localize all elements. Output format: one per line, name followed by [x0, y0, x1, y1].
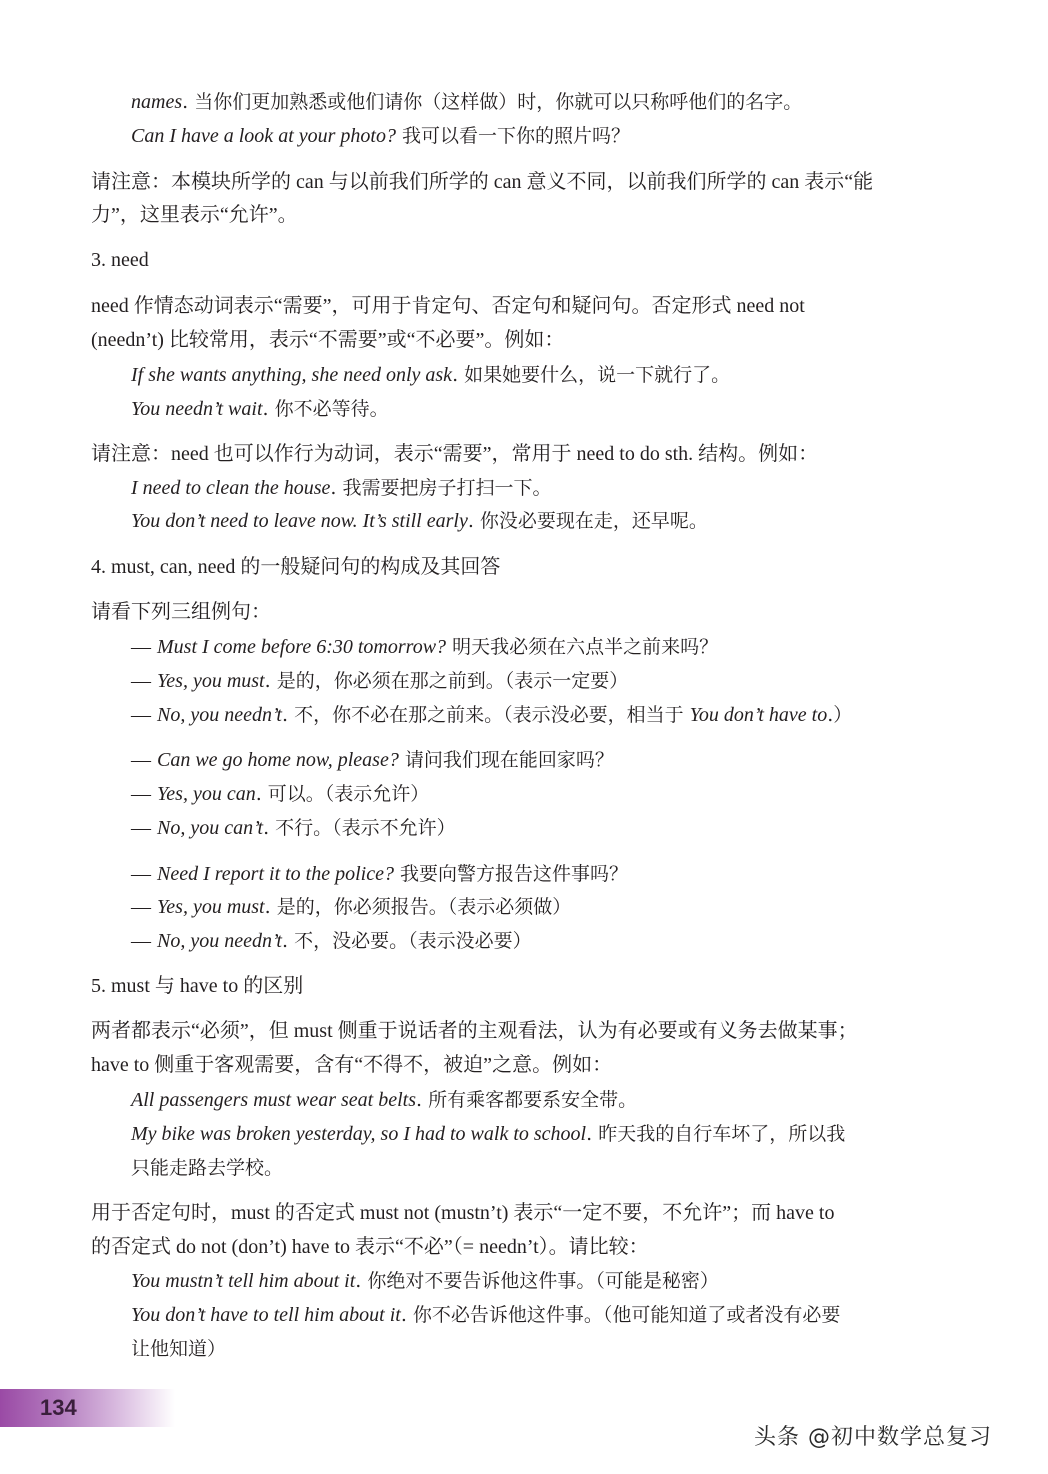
- dash: —: [131, 814, 157, 842]
- dialog-english: No, you needn’t: [157, 704, 282, 726]
- paragraph: 请看下列三组例句：: [91, 598, 271, 626]
- example-line: My bike was broken yesterday, so I had t…: [131, 1120, 845, 1148]
- example-chinese: . 所有乘客都要系安全带。: [416, 1089, 637, 1111]
- example-line: You don’t need to leave now. It’s still …: [131, 507, 708, 535]
- paragraph: need 作情态动词表示“需要”，可用于肯定句、否定句和疑问句。否定形式 nee…: [91, 292, 805, 320]
- example-line: I need to clean the house. 我需要把房子打扫一下。: [131, 474, 551, 502]
- dialog-line: —Yes, you must. 是的，你必须在那之前到。（表示一定要）: [131, 667, 628, 695]
- dash: —: [131, 860, 157, 888]
- page-number-bar: [0, 1389, 175, 1427]
- section-heading-questions: 4. must, can, need 的一般疑问句的构成及其回答: [91, 553, 500, 581]
- dialog-tail: .）: [827, 704, 852, 726]
- note-paragraph: 请注意：need 也可以作行为动词，表示“需要”，常用于 need to do …: [91, 440, 818, 468]
- dialog-english: No, you needn’t: [157, 930, 282, 952]
- dialog-english: Must I come before 6:30 tomorrow?: [157, 636, 446, 658]
- example-chinese: 让他知道）: [131, 1338, 226, 1360]
- dash: —: [131, 746, 157, 774]
- dialog-line: —Can we go home now, please? 请问我们现在能回家吗？: [131, 746, 614, 774]
- dialog-english: Can we go home now, please?: [157, 749, 399, 771]
- dialog-chinese: 请问我们现在能回家吗？: [399, 749, 614, 771]
- note-paragraph: 请注意：本模块所学的 can 与以前我们所学的 can 意义不同，以前我们所学的…: [91, 168, 873, 196]
- dash: —: [131, 667, 157, 695]
- example-line: You needn’t wait. 你不必等待。: [131, 395, 389, 423]
- page-number: 134: [40, 1391, 77, 1425]
- dialog-english-inline: You don’t have to: [690, 704, 828, 726]
- dialog-line: —Must I come before 6:30 tomorrow? 明天我必须…: [131, 633, 718, 661]
- example-english: names: [131, 91, 182, 113]
- dash: —: [131, 780, 157, 808]
- example-english: My bike was broken yesterday, so I had t…: [131, 1123, 586, 1145]
- example-english: Can I have a look at your photo?: [131, 125, 396, 147]
- dialog-chinese: 明天我必须在六点半之前来吗？: [446, 636, 718, 658]
- example-line-continuation: 只能走路去学校。: [131, 1154, 283, 1182]
- example-line: You don’t have to tell him about it. 你不必…: [131, 1301, 840, 1329]
- dialog-chinese: . 不，没必要。（表示没必要）: [282, 930, 532, 952]
- paragraph: have to 侧重于客观需要，含有“不得不，被迫”之意。例如：: [91, 1051, 612, 1079]
- example-chinese: 只能走路去学校。: [131, 1157, 283, 1179]
- paragraph: 的否定式 do not (don’t) have to 表示“不必”（= nee…: [91, 1233, 649, 1261]
- example-line: You mustn’t tell him about it. 你绝对不要告诉他这…: [131, 1267, 719, 1295]
- note-paragraph: 力”，这里表示“允许”。: [91, 201, 298, 229]
- dialog-english: Need I report it to the police?: [157, 863, 394, 885]
- dialog-chinese: . 是的，你必须在那之前到。（表示一定要）: [265, 670, 629, 692]
- dialog-english: Yes, you must: [157, 896, 265, 918]
- dash: —: [131, 633, 157, 661]
- paragraph: 用于否定句时，must 的否定式 must not (mustn’t) 表示“一…: [91, 1199, 835, 1227]
- dialog-chinese: . 不，你不必在那之前来。（表示没必要，相当于: [282, 704, 690, 726]
- example-english: You don’t need to leave now. It’s still …: [131, 510, 468, 532]
- example-line: names. 当你们更加熟悉或他们请你（这样做）时，你就可以只称呼他们的名字。: [131, 88, 802, 116]
- example-chinese: . 你没必要现在走，还早呢。: [468, 510, 708, 532]
- watermark: 头条 @初中数学总复习: [754, 1422, 992, 1454]
- dialog-line: —Yes, you can. 可以。（表示允许）: [131, 780, 429, 808]
- dialog-chinese: . 可以。（表示允许）: [256, 783, 430, 805]
- example-chinese: . 如果她要什么，说一下就行了。: [452, 364, 730, 386]
- section-heading-must-have-to: 5. must 与 have to 的区别: [91, 972, 303, 1000]
- dash: —: [131, 927, 157, 955]
- dialog-line: —No, you can’t. 不行。（表示不允许）: [131, 814, 456, 842]
- example-chinese: . 你不必告诉他这件事。（他可能知道了或者没有必要: [401, 1304, 841, 1326]
- section-heading-need: 3. need: [91, 246, 149, 274]
- example-chinese: . 你绝对不要告诉他这件事。（可能是秘密）: [355, 1270, 719, 1292]
- example-chinese: . 昨天我的自行车坏了，所以我: [586, 1123, 845, 1145]
- dialog-english: Yes, you can: [157, 783, 256, 805]
- dialog-english: No, you can’t: [157, 817, 263, 839]
- dialog-chinese: . 是的，你必须报告。（表示必须做）: [265, 896, 572, 918]
- paragraph: (needn’t) 比较常用，表示“不需要”或“不必要”。例如：: [91, 326, 564, 354]
- example-chinese: . 你不必等待。: [263, 398, 389, 420]
- example-english: You don’t have to tell him about it: [131, 1304, 401, 1326]
- dash: —: [131, 893, 157, 921]
- example-english: You needn’t wait: [131, 398, 263, 420]
- paragraph: 两者都表示“必须”，但 must 侧重于说话者的主观看法，认为有必要或有义务去做…: [91, 1017, 858, 1045]
- dialog-chinese: . 不行。（表示不允许）: [263, 817, 456, 839]
- dialog-line: —Yes, you must. 是的，你必须报告。（表示必须做）: [131, 893, 571, 921]
- dialog-line: —No, you needn’t. 不，没必要。（表示没必要）: [131, 927, 532, 955]
- dash: —: [131, 701, 157, 729]
- example-chinese: . 当你们更加熟悉或他们请你（这样做）时，你就可以只称呼他们的名字。: [182, 91, 802, 113]
- dialog-line: —Need I report it to the police? 我要向警方报告…: [131, 860, 628, 888]
- example-line-continuation: 让他知道）: [131, 1335, 226, 1363]
- dialog-english: Yes, you must: [157, 670, 265, 692]
- example-chinese: . 我需要把房子打扫一下。: [330, 477, 551, 499]
- example-english: I need to clean the house: [131, 477, 330, 499]
- example-english: You mustn’t tell him about it: [131, 1270, 355, 1292]
- dialog-line: —No, you needn’t. 不，你不必在那之前来。（表示没必要，相当于 …: [131, 701, 852, 729]
- example-line: All passengers must wear seat belts. 所有乘…: [131, 1086, 637, 1114]
- example-line: Can I have a look at your photo? 我可以看一下你…: [131, 122, 630, 150]
- example-chinese: 我可以看一下你的照片吗？: [396, 125, 630, 147]
- dialog-chinese: 我要向警方报告这件事吗？: [394, 863, 628, 885]
- example-english: All passengers must wear seat belts: [131, 1089, 416, 1111]
- example-english: If she wants anything, she need only ask: [131, 364, 452, 386]
- example-line: If she wants anything, she need only ask…: [131, 361, 730, 389]
